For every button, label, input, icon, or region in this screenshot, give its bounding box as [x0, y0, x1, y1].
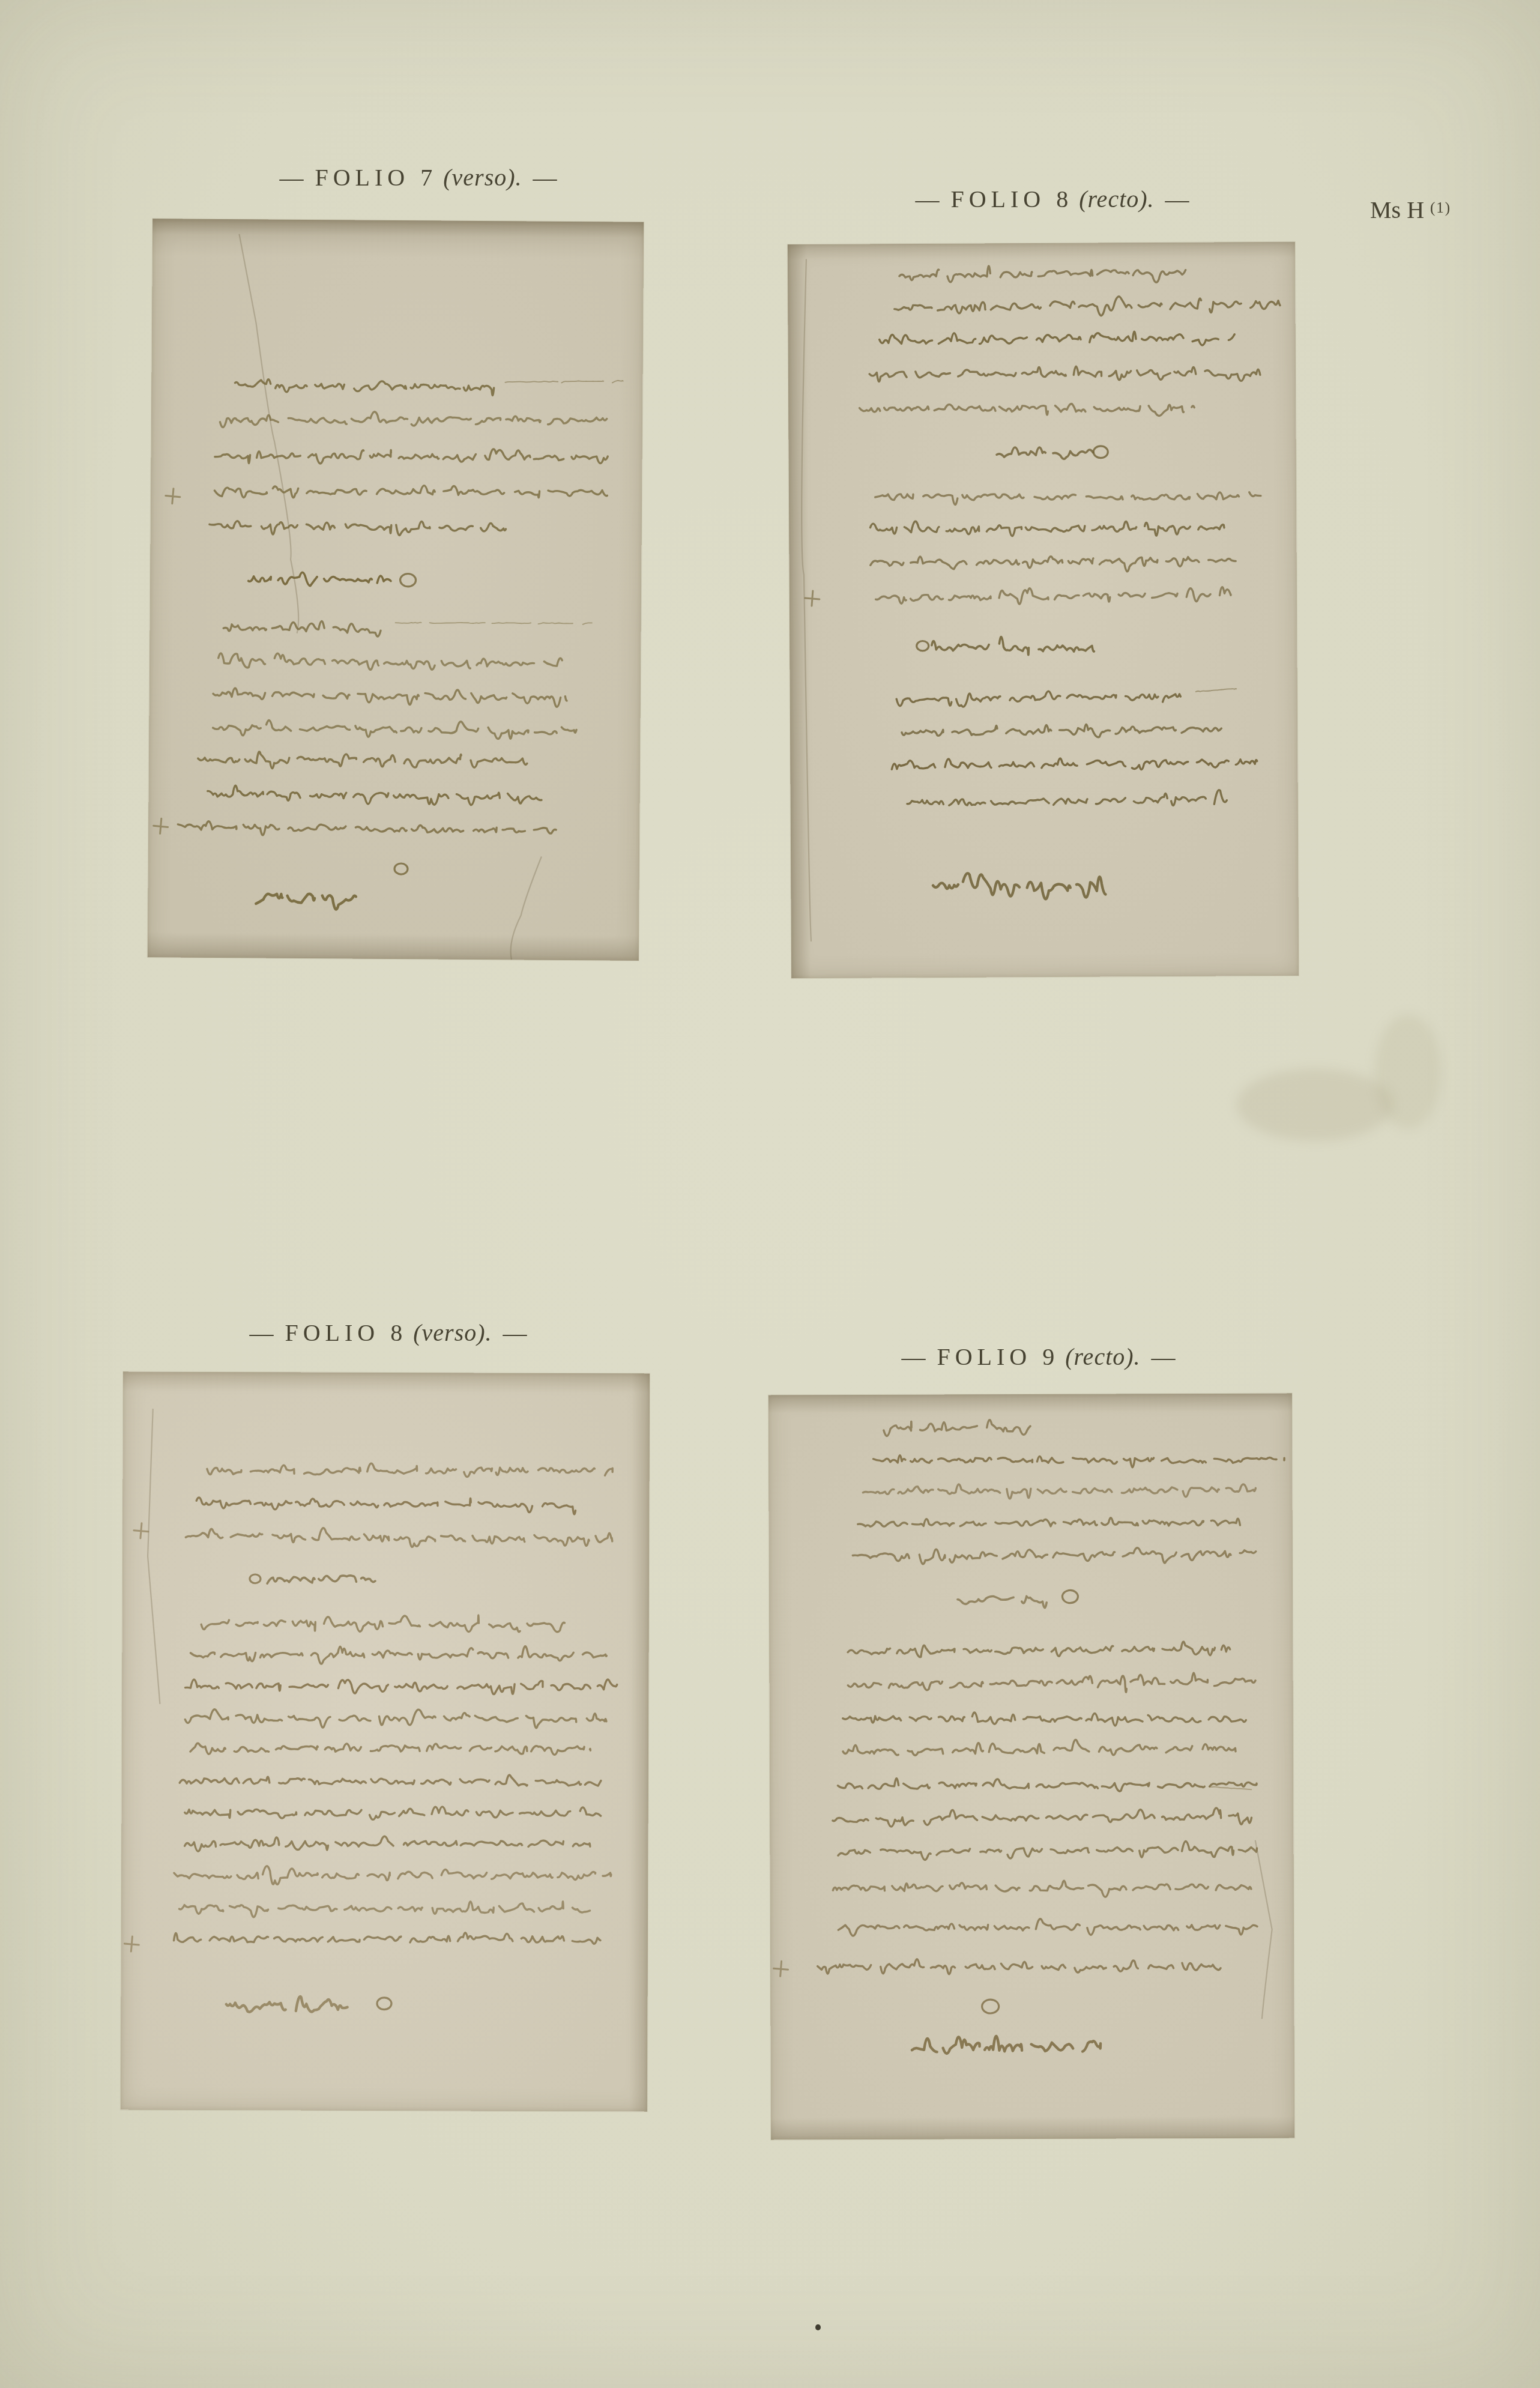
caption-folio-8-verso: —FOLIO 8(verso).— [249, 1319, 527, 1347]
caption-dash-left: — [915, 186, 940, 213]
caption-dash-left: — [901, 1343, 926, 1370]
caption-side: (verso). [413, 1319, 492, 1346]
book-page: —FOLIO 7(verso).— —FOLIO 8(recto).— Ms H… [0, 0, 1540, 2388]
facsimile-folio-7-verso [148, 219, 644, 961]
caption-label: FOLIO 8 [285, 1319, 407, 1346]
caption-folio-8-recto: —FOLIO 8(recto).— [915, 185, 1189, 213]
caption-folio-7-verso: —FOLIO 7(verso).— [279, 163, 557, 192]
caption-dash-left: — [279, 164, 304, 191]
facsimile-folio-8-verso [121, 1371, 650, 2111]
caption-dash-right: — [1165, 186, 1190, 213]
facsimile-folio-8-recto [788, 242, 1299, 978]
caption-side: (recto). [1079, 186, 1154, 213]
caption-dash-right: — [533, 164, 558, 191]
caption-label: FOLIO 7 [315, 164, 437, 191]
ink-speck [815, 2324, 821, 2330]
manuscript-reference-label: Ms H (1) [1370, 196, 1451, 224]
caption-folio-9-recto: —FOLIO 9(recto).— [901, 1343, 1176, 1371]
caption-dash-right: — [1152, 1343, 1176, 1370]
caption-label: FOLIO 8 [950, 186, 1073, 213]
page-smudge [1375, 1015, 1441, 1129]
caption-dash-right: — [503, 1319, 528, 1346]
caption-dash-left: — [249, 1319, 274, 1346]
caption-side: (recto). [1065, 1343, 1140, 1370]
caption-side: (verso). [443, 164, 522, 191]
manuscript-note: (1) [1430, 200, 1451, 216]
page-smudge [1237, 1069, 1393, 1141]
facsimile-folio-9-recto [768, 1393, 1294, 2139]
caption-label: FOLIO 9 [937, 1343, 1059, 1370]
manuscript-name: Ms H [1370, 196, 1424, 223]
